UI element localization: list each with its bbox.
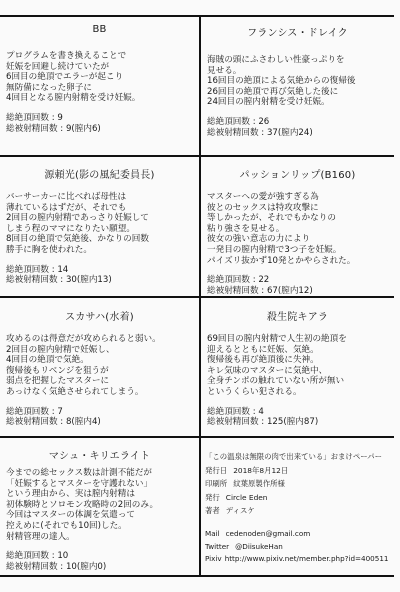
- climax-count: 総絶頂回数 : 4: [207, 407, 388, 418]
- character-card-bb: BB プログラムを書き換えることで 妊娠を回避し続けていたが 6回目の絶頂でエラ…: [0, 24, 199, 154]
- contact-info: Mailcedenoden@gmail.com Twitter@DiisukeH…: [205, 528, 388, 566]
- ejaculation-count: 総被射精回数 : 30(膣内13): [6, 275, 193, 286]
- character-stats: 総絶頂回数 : 7 総被射精回数 : 8(膣内4): [6, 407, 193, 428]
- character-description: 海賊の頭にふさわしい性豪っぷりを 見せる。 16回目の絶頂による気絶からの復帰後…: [207, 55, 388, 108]
- character-stats: 総絶頂回数 : 10 総被射精回数 : 10(膣内0): [6, 551, 193, 572]
- character-name: 源頼光(影の風紀委員長): [6, 166, 193, 181]
- character-card-scathach: スカサハ(水着) 攻めるのは得意だが攻められると弱い。 2回目の膣内射精で妊娠し…: [0, 308, 199, 436]
- character-name: 殺生院キアラ: [207, 308, 388, 323]
- climax-count: 総絶頂回数 : 9: [6, 113, 193, 124]
- character-description: プログラムを書き換えることで 妊娠を回避し続けていたが 6回目の絶頂でエラーが起…: [6, 51, 193, 104]
- publication-title: 「この温泉は無限の肉で出来ている」おまけペーパー: [205, 450, 388, 464]
- mail: Mailcedenoden@gmail.com: [205, 528, 388, 541]
- divider-bottom: [0, 575, 394, 577]
- character-name: スカサハ(水着): [6, 308, 193, 323]
- climax-count: 総絶頂回数 : 26: [207, 117, 388, 128]
- character-stats: 総絶頂回数 : 14 総被射精回数 : 30(膣内13): [6, 265, 193, 286]
- character-description: 攻めるのは得意だが攻められると弱い。 2回目の膣内射精で妊娠し、 4回目の絶頂で…: [6, 334, 193, 398]
- character-description: 今までの総セックス数は計測不能だが 「妊娠するとマスターを守護れない」 という理…: [6, 468, 193, 542]
- author: 著者ディスケ: [205, 504, 388, 518]
- twitter: Twitter@DiisukeHan: [205, 541, 388, 554]
- character-stats: 総絶頂回数 : 9 総被射精回数 : 9(膣内6): [6, 113, 193, 134]
- pixiv: Pixivhttp://www.pixiv.net/member.php?id=…: [205, 553, 388, 566]
- document-page: BB プログラムを書き換えることで 妊娠を回避し続けていたが 6回目の絶頂でエラ…: [0, 0, 400, 592]
- ejaculation-count: 総被射精回数 : 9(膣内6): [6, 124, 193, 135]
- character-description: バーサーカーに比べれば母性は 薄れているはずだが、それでも 2回目の膣内射精であ…: [6, 192, 193, 256]
- character-stats: 総絶頂回数 : 4 総被射精回数 : 125(膣内87): [207, 407, 388, 428]
- character-description: マスターへの愛が強すぎる為 彼とのセックスは特攻攻撃に 等しかったが、それでもか…: [207, 192, 388, 266]
- character-name: フランシス・ドレイク: [207, 24, 388, 39]
- character-card-kiara: 殺生院キアラ 69回目の膣内射精で人生初の絶頂を 迎えるとともに妊娠、気絶。 復…: [201, 308, 394, 436]
- ejaculation-count: 総被射精回数 : 67(膣内12): [207, 286, 388, 297]
- character-card-raikou: 源頼光(影の風紀委員長) バーサーカーに比べれば母性は 薄れているはずだが、それ…: [0, 166, 199, 296]
- character-name: マシュ・キリエライト: [6, 447, 193, 462]
- colophon-info: 「この温泉は無限の肉で出来ている」おまけペーパー 発行日2018年8月12日 印…: [205, 450, 388, 518]
- character-card-mash: マシュ・キリエライト 今までの総セックス数は計測不能だが 「妊娠するとマスターを…: [0, 447, 199, 575]
- climax-count: 総絶頂回数 : 7: [6, 407, 193, 418]
- character-description: 69回目の膣内射精で人生初の絶頂を 迎えるとともに妊娠、気絶。 復帰後も再び絶頂…: [207, 334, 388, 398]
- ejaculation-count: 総被射精回数 : 37(膣内24): [207, 128, 388, 139]
- character-name: BB: [6, 24, 193, 35]
- character-card-drake: フランシス・ドレイク 海賊の頭にふさわしい性豪っぷりを 見せる。 16回目の絶頂…: [201, 24, 394, 154]
- divider-row-3: [0, 436, 394, 438]
- ejaculation-count: 総被射精回数 : 125(膣内87): [207, 417, 388, 428]
- printer: 印刷所紋葉原製作所様: [205, 477, 388, 491]
- ejaculation-count: 総被射精回数 : 8(膣内4): [6, 417, 193, 428]
- character-card-passionlip: パッションリップ(B160) マスターへの愛が強すぎる為 彼とのセックスは特攻攻…: [201, 166, 394, 296]
- climax-count: 総絶頂回数 : 14: [6, 265, 193, 276]
- ejaculation-count: 総被射精回数 : 10(膣内0): [6, 562, 193, 573]
- character-name: パッションリップ(B160): [207, 166, 388, 181]
- character-stats: 総絶頂回数 : 22 総被射精回数 : 67(膣内12): [207, 275, 388, 296]
- climax-count: 総絶頂回数 : 22: [207, 275, 388, 286]
- issue-date: 発行日2018年8月12日: [205, 464, 388, 478]
- divider-row-1: [0, 155, 394, 157]
- character-stats: 総絶頂回数 : 26 総被射精回数 : 37(膣内24): [207, 117, 388, 138]
- colophon: 「この温泉は無限の肉で出来ている」おまけペーパー 発行日2018年8月12日 印…: [201, 450, 394, 574]
- publisher: 発行Circle Eden: [205, 491, 388, 505]
- climax-count: 総絶頂回数 : 10: [6, 551, 193, 562]
- divider-top: [0, 15, 394, 17]
